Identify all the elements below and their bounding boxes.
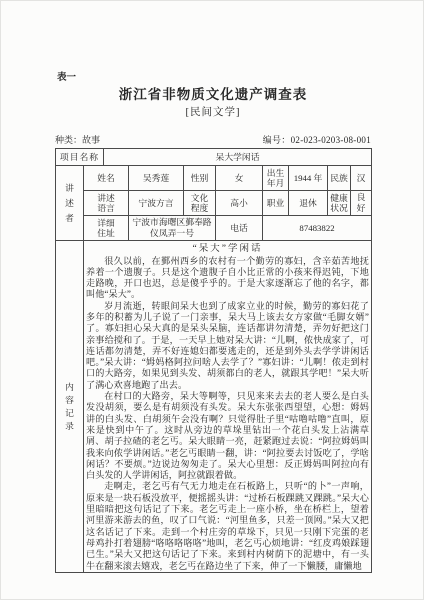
ethnicity-value: 汉 bbox=[351, 166, 372, 191]
story-paragraph: 走啊走，老乞丐有气无力地走在石板路上，只听“的卜”一声响，原来是一块石板没放平，… bbox=[86, 481, 369, 570]
gender-label: 性别 bbox=[184, 166, 216, 191]
category-text: 种类：故事 bbox=[55, 134, 100, 146]
narrator-row-1: 讲述者 姓名 吴秀莲 性别 女 出生年月 1944 年 民族 汉 bbox=[56, 166, 372, 191]
narrator-row-2: 讲述语言 宁波方言 文化程度 高小 职业 退休 健康状况 良好 bbox=[56, 191, 372, 216]
meta-row: 种类：故事 编号：02-023-0203-08-001 bbox=[55, 134, 371, 146]
project-name-label: 项目名称 bbox=[56, 149, 104, 166]
story-paragraph: 很久以前，在鄞州西乡的农村有一个勤劳的寡妇，含辛茹苦地抚养着一个遗腹子。只是这个… bbox=[86, 256, 369, 301]
name-label: 姓名 bbox=[84, 166, 129, 191]
serial-number-text: 编号：02-023-0203-08-001 bbox=[263, 134, 371, 146]
form-number-label: 表一 bbox=[57, 72, 371, 84]
story-paragraph: 岁月流逝，转眼间呆大也到了成家立业的时候，勤劳的寡妇花了多年的积蓄为儿子说了一门… bbox=[86, 301, 369, 391]
content-record-row: 内容记录 “呆大”学闲话 很久以前，在鄞州西乡的农村有一个勤劳的寡妇，含辛茹苦地… bbox=[56, 241, 372, 573]
occupation-value: 退休 bbox=[289, 191, 328, 216]
content-record-cell: “呆大”学闲话 很久以前，在鄞州西乡的农村有一个勤劳的寡妇，含辛茹苦地抚养着一个… bbox=[84, 241, 372, 573]
story-text: “呆大”学闲话 很久以前，在鄞州西乡的农村有一个勤劳的寡妇，含辛茹苦地抚养着一个… bbox=[86, 243, 369, 571]
scanned-survey-page: 表一 浙江省非物质文化遗产调查表 [民间文学] 种类：故事 编号：02-023-… bbox=[0, 0, 424, 600]
name-value: 吴秀莲 bbox=[129, 166, 184, 191]
narrator-label: 讲述者 bbox=[56, 166, 84, 241]
gender-value: 女 bbox=[216, 166, 263, 191]
content-record-label: 内容记录 bbox=[56, 241, 84, 573]
language-label: 讲述语言 bbox=[84, 191, 129, 216]
survey-table: 项目名称 呆大学闲话 讲述者 姓名 吴秀莲 性别 女 出生年月 1944 年 民… bbox=[55, 148, 372, 573]
phone-value: 87483822 bbox=[263, 216, 372, 241]
page-subtitle: [民间文学] bbox=[55, 106, 371, 119]
education-value: 高小 bbox=[216, 191, 263, 216]
language-value: 宁波方言 bbox=[129, 191, 184, 216]
story-paragraph: 在村口的大路旁，呆大等啊等，只见来来去去的老人要么是白头发没胡须，要么是有胡须没… bbox=[86, 391, 369, 481]
education-label: 文化程度 bbox=[184, 191, 216, 216]
ethnicity-label: 民族 bbox=[328, 166, 351, 191]
occupation-label: 职业 bbox=[263, 191, 289, 216]
address-label: 详细住址 bbox=[84, 216, 129, 241]
narrator-row-3: 详细住址 宁波市海曙区鄞奉路仪凤弄一号 电话 87483822 bbox=[56, 216, 372, 241]
form-sheet: 表一 浙江省非物质文化遗产调查表 [民间文学] 种类：故事 编号：02-023-… bbox=[55, 72, 371, 573]
address-value: 宁波市海曙区鄞奉路仪凤弄一号 bbox=[129, 216, 216, 241]
phone-label: 电话 bbox=[216, 216, 263, 241]
birth-label: 出生年月 bbox=[263, 166, 289, 191]
health-value: 良好 bbox=[351, 191, 372, 216]
birth-value: 1944 年 bbox=[289, 166, 328, 191]
project-name-value: 呆大学闲话 bbox=[104, 149, 372, 166]
story-title: “呆大”学闲话 bbox=[86, 243, 369, 255]
health-label: 健康状况 bbox=[328, 191, 351, 216]
page-title: 浙江省非物质文化遗产调查表 bbox=[55, 86, 371, 103]
project-name-row: 项目名称 呆大学闲话 bbox=[56, 149, 372, 166]
